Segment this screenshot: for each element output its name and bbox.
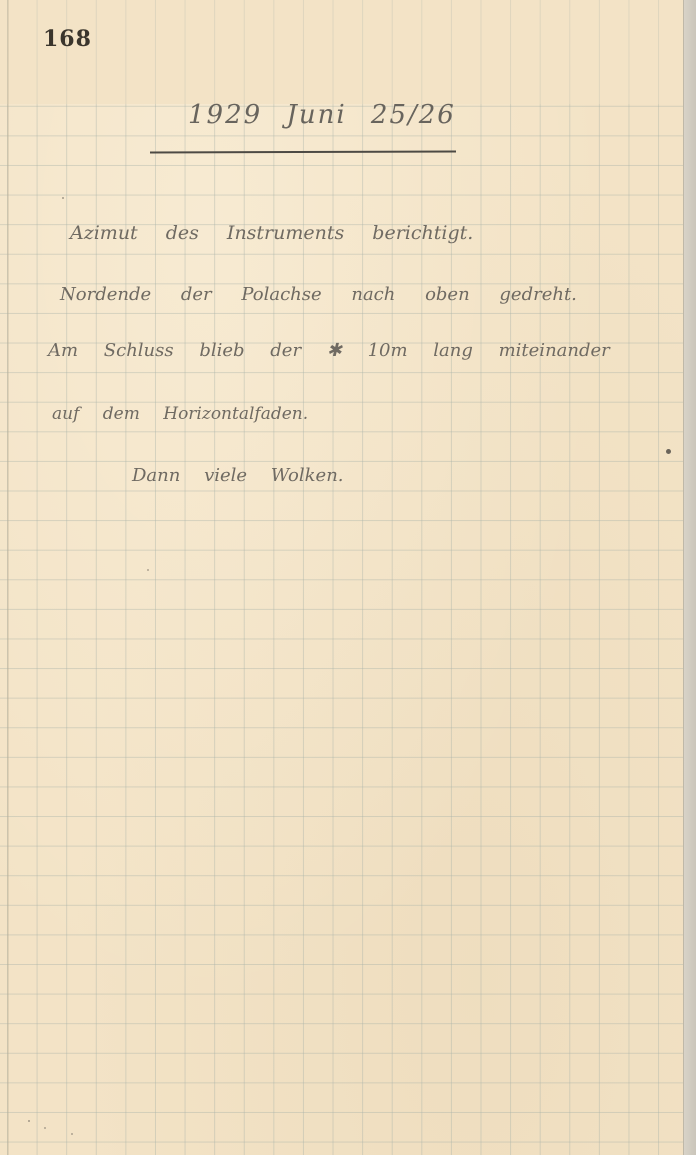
entry-line: auf dem Horizontalfaden. <box>52 404 308 424</box>
paper-speck <box>71 1133 73 1135</box>
page-header-margin <box>0 0 684 104</box>
entry-line: Dann viele Wolken. <box>132 465 344 486</box>
entry-line: Azimut des Instruments berichtigt. <box>70 222 473 244</box>
date-heading: 1929 Juni 25/26 <box>188 100 456 130</box>
paper-speck <box>28 1120 30 1122</box>
paper-speck <box>147 569 149 571</box>
paper-speck <box>62 197 64 199</box>
next-page-edge <box>683 0 696 1155</box>
entry-line: Am Schluss blieb der ✱ 10m lang miteinan… <box>48 340 610 361</box>
page-number: 168 <box>43 26 92 52</box>
entry-line: Nordende der Polachse nach oben gedreht. <box>60 284 577 305</box>
binding-edge <box>7 0 9 1155</box>
paper-speck <box>44 1127 46 1129</box>
graph-paper-grid <box>0 0 684 1155</box>
paper-speck <box>666 449 671 454</box>
notebook-page: 168 1929 Juni 25/26 Azimut des Instrumen… <box>0 0 684 1155</box>
